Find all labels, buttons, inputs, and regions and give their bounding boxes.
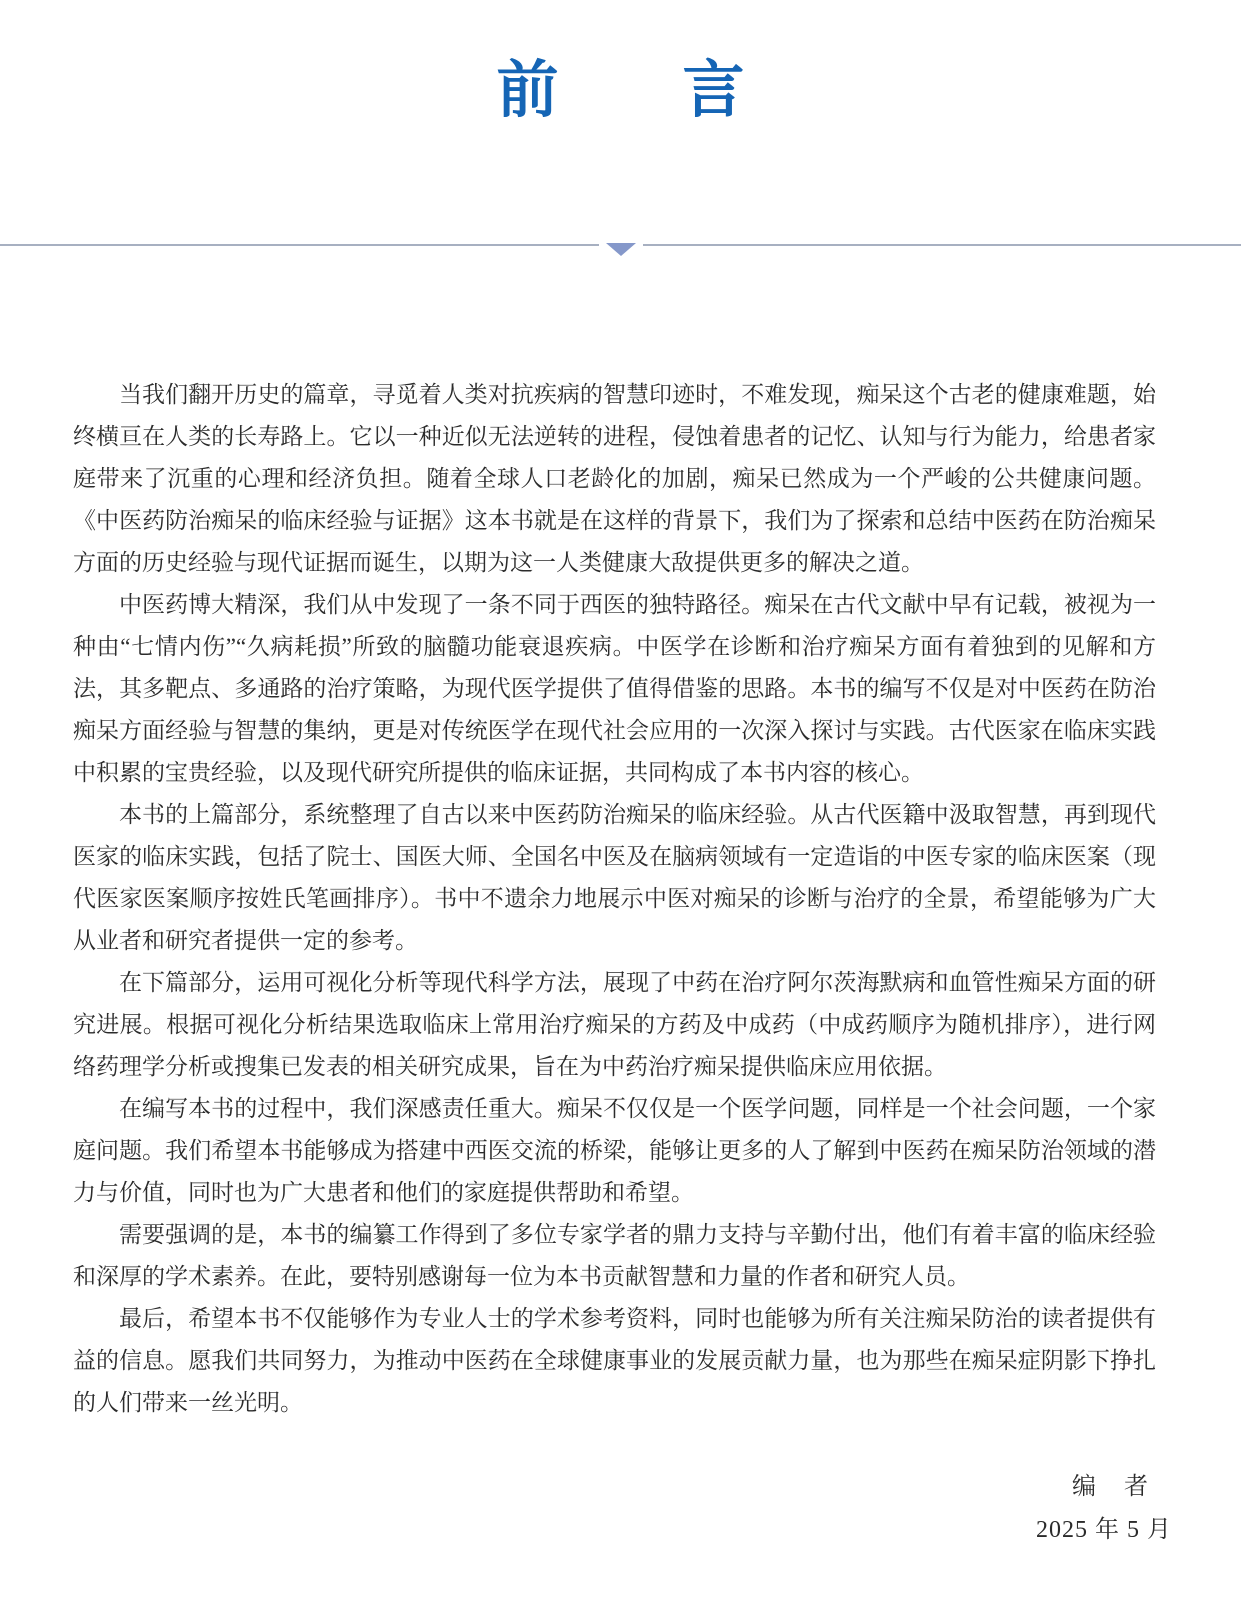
preface-paragraph-5: 在编写本书的过程中，我们深感责任重大。痴呆不仅仅是一个医学问题，同样是一个社会问…: [73, 1088, 1156, 1214]
preface-body: 当我们翻开历史的篇章，寻觅着人类对抗疾病的智慧印迹时，不难发现，痴呆这个古老的健…: [73, 374, 1156, 1424]
triangle-down-icon: [606, 243, 636, 256]
preface-paragraph-7: 最后，希望本书不仅能够作为专业人士的学术参考资料，同时也能够为所有关注痴呆防治的…: [73, 1298, 1156, 1424]
preface-page: 前 言 当我们翻开历史的篇章，寻觅着人类对抗疾病的智慧印迹时，不难发现，痴呆这个…: [0, 0, 1241, 1601]
signature-date: 2025 年 5 月: [1036, 1509, 1172, 1552]
page-title: 前 言: [0, 54, 1241, 128]
preface-paragraph-1: 当我们翻开历史的篇章，寻觅着人类对抗疾病的智慧印迹时，不难发现，痴呆这个古老的健…: [73, 374, 1156, 584]
preface-paragraph-3: 本书的上篇部分，系统整理了自古以来中医药防治痴呆的临床经验。从古代医籍中汲取智慧…: [73, 794, 1156, 962]
section-divider: [0, 236, 1241, 260]
divider-line-right: [643, 244, 1241, 246]
divider-line-left: [0, 244, 599, 246]
preface-paragraph-6: 需要强调的是，本书的编纂工作得到了多位专家学者的鼎力支持与辛勤付出，他们有着丰富…: [73, 1214, 1156, 1298]
signature-block: 编 者 2025 年 5 月: [1036, 1466, 1172, 1552]
preface-paragraph-2: 中医药博大精深，我们从中发现了一条不同于西医的独特路径。痴呆在古代文献中早有记载…: [73, 584, 1156, 794]
preface-paragraph-4: 在下篇部分，运用可视化分析等现代科学方法，展现了中药在治疗阿尔茨海默病和血管性痴…: [73, 962, 1156, 1088]
signature-author: 编 者: [1036, 1466, 1172, 1509]
